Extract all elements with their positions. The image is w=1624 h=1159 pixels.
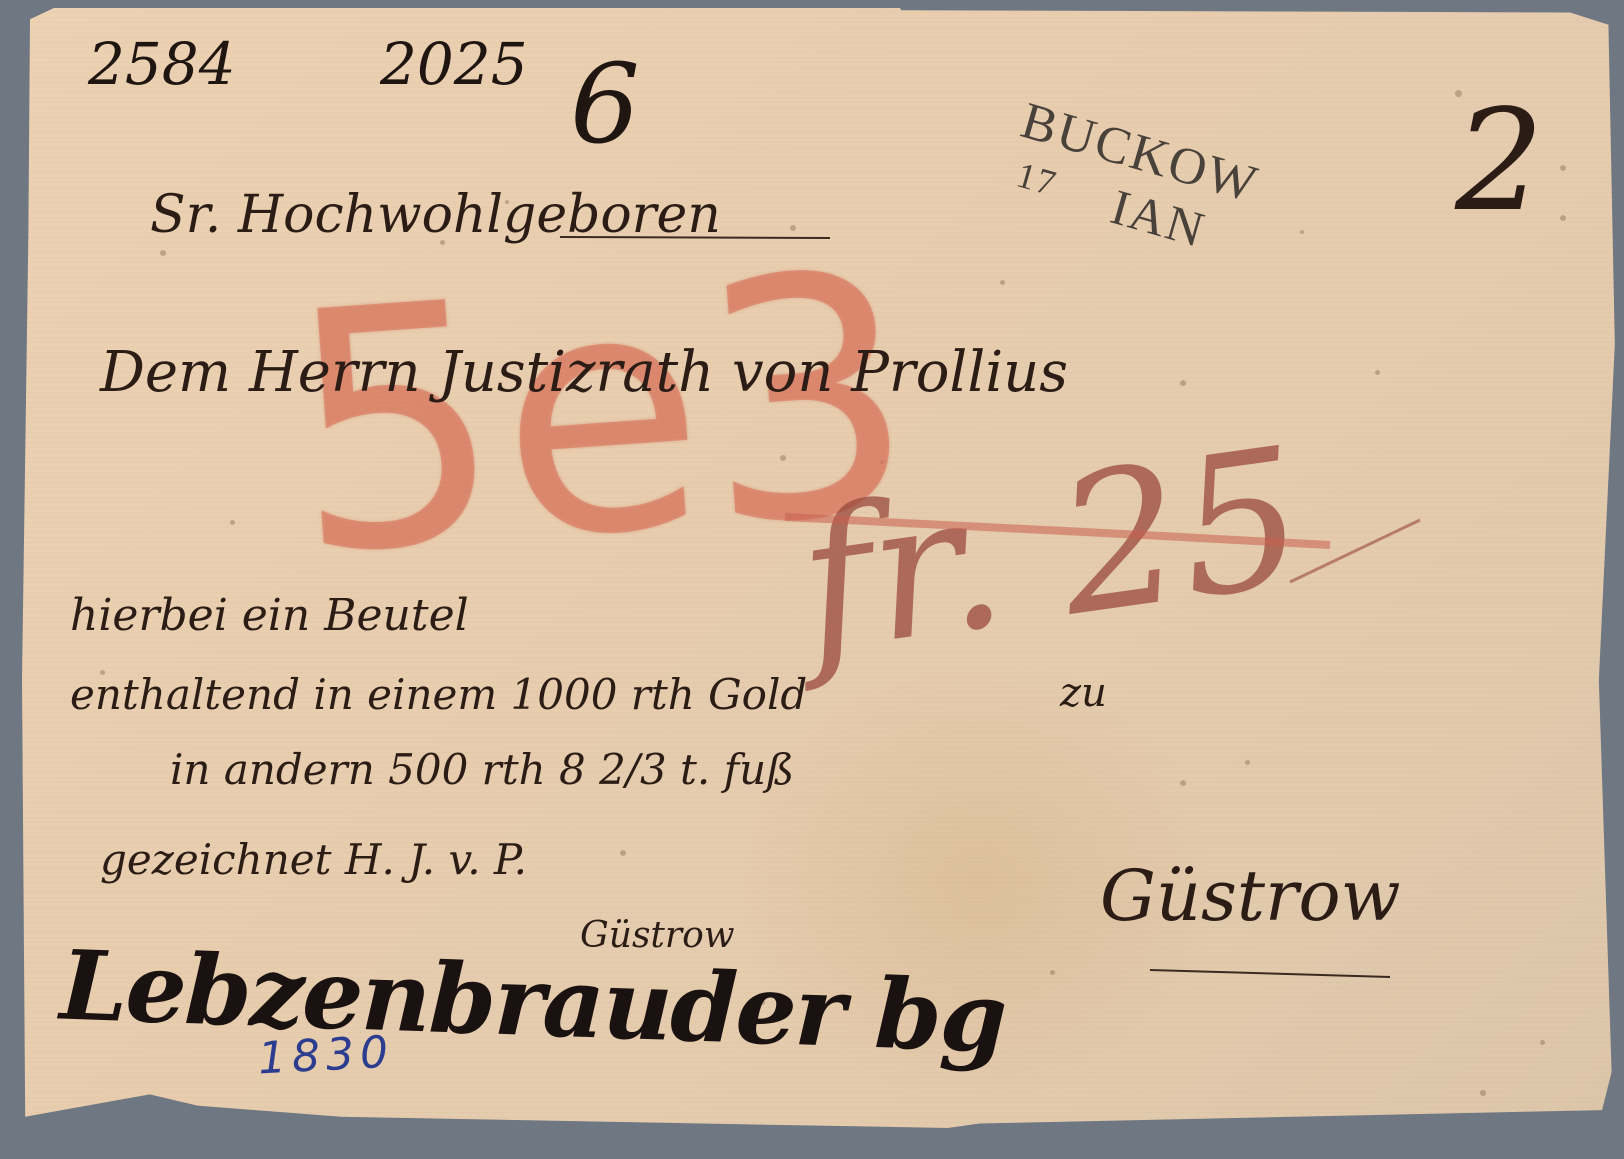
note-line-4: gezeichnet H. J. v. P. bbox=[100, 835, 527, 884]
note-line-3: in andern 500 rth 8 2/3 t. fuß bbox=[170, 745, 794, 794]
note-line-2: enthaltend in einem 1000 rth Gold bbox=[70, 670, 807, 719]
archive-year-note: 1830 bbox=[257, 1026, 395, 1084]
note-line-1: hierbei ein Beutel bbox=[70, 590, 469, 641]
